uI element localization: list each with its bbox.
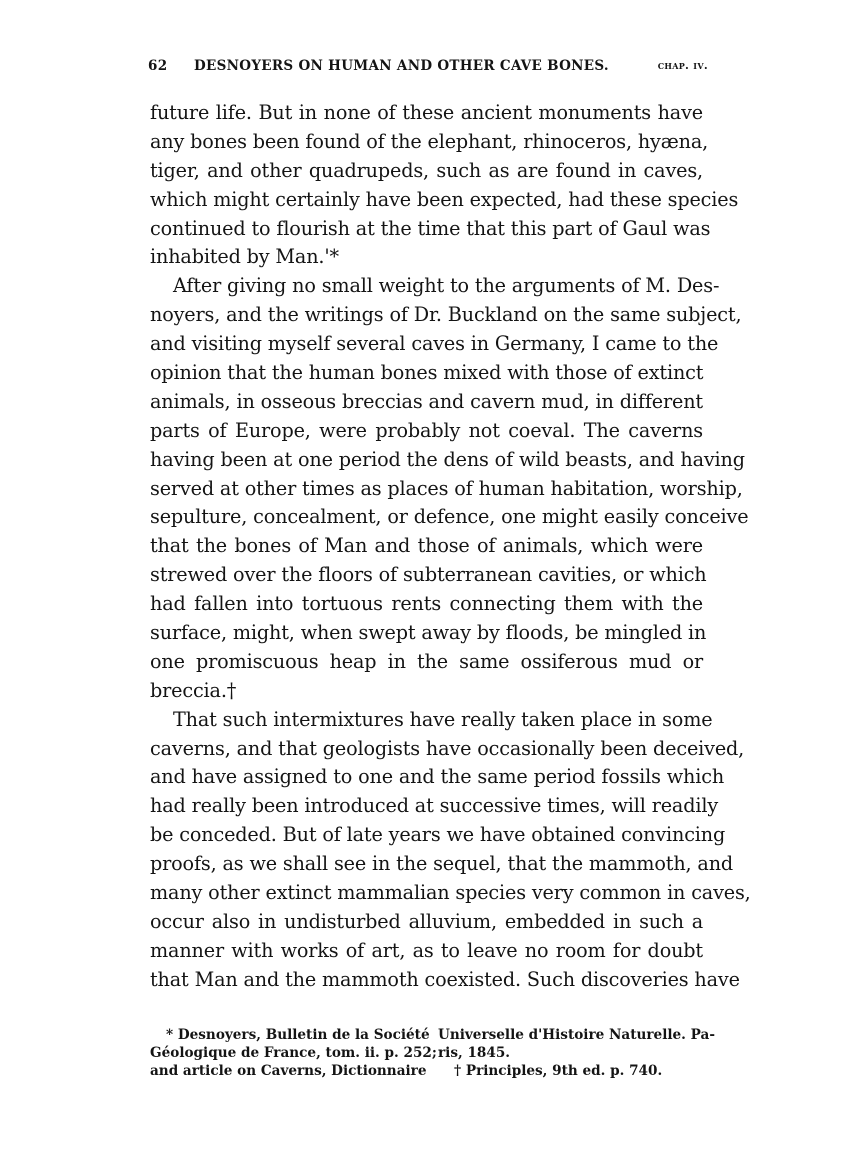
text-line: had fallen into tortuous rents connectin…: [150, 590, 703, 619]
book-page: 62 DESNOYERS ON HUMAN AND OTHER CAVE BON…: [0, 0, 850, 1150]
footnote-column-left: * Desnoyers, Bulletin de la Société Géol…: [150, 1026, 418, 1080]
footnote-line: Universelle d'Histoire Naturelle. Pa-: [438, 1026, 710, 1044]
chapter-label: chap. iv.: [658, 59, 708, 72]
text-line: had really been introduced at successive…: [150, 792, 703, 821]
text-line: parts of Europe, were probably not coeva…: [150, 417, 703, 446]
text-line: any bones been found of the elephant, rh…: [150, 128, 703, 157]
text-line: noyers, and the writings of Dr. Buckland…: [150, 301, 703, 330]
running-title: DESNOYERS ON HUMAN AND OTHER CAVE BONES.: [194, 58, 609, 74]
footnotes: * Desnoyers, Bulletin de la Société Géol…: [150, 1026, 710, 1096]
text-line: manner with works of art, as to leave no…: [150, 937, 703, 966]
text-line: surface, might, when swept away by flood…: [150, 619, 703, 648]
body-text: future life. But in none of these ancien…: [150, 99, 703, 995]
paragraph-start: That such intermixtures have really take…: [150, 706, 703, 735]
footnote-line: † Principles, 9th ed. p. 740.: [438, 1062, 710, 1080]
text-line: and visiting myself several caves in Ger…: [150, 330, 703, 359]
footnote-line: ris, 1845.: [438, 1044, 710, 1062]
text-line: occur also in undisturbed alluvium, embe…: [150, 908, 703, 937]
text-line: and have assigned to one and the same pe…: [150, 763, 703, 792]
text-line: that the bones of Man and those of anima…: [150, 532, 703, 561]
footnote-line: * Desnoyers, Bulletin de la Société: [150, 1026, 418, 1044]
text-line: breccia.†: [150, 677, 703, 706]
text-line: caverns, and that geologists have occasi…: [150, 735, 703, 764]
text-line: continued to flourish at the time that t…: [150, 215, 703, 244]
footnote-column-right: Universelle d'Histoire Naturelle. Pa- ri…: [438, 1026, 710, 1080]
running-header: 62 DESNOYERS ON HUMAN AND OTHER CAVE BON…: [148, 58, 708, 80]
text-line: opinion that the human bones mixed with …: [150, 359, 703, 388]
text-line: be conceded. But of late years we have o…: [150, 821, 703, 850]
footnote-line: Géologique de France, tom. ii. p. 252;: [150, 1044, 418, 1062]
text-line: having been at one period the dens of wi…: [150, 446, 703, 475]
text-line: proofs, as we shall see in the sequel, t…: [150, 850, 703, 879]
text-line: future life. But in none of these ancien…: [150, 99, 703, 128]
text-line: inhabited by Man.'*: [150, 243, 703, 272]
text-line: which might certainly have been expected…: [150, 186, 703, 215]
text-line: sepulture, concealment, or defence, one …: [150, 503, 703, 532]
text-line: tiger, and other quadrupeds, such as are…: [150, 157, 703, 186]
footnote-line: and article on Caverns, Dictionnaire: [150, 1062, 418, 1080]
paragraph-start: After giving no small weight to the argu…: [150, 272, 703, 301]
text-line: that Man and the mammoth coexisted. Such…: [150, 966, 703, 995]
text-line: served at other times as places of human…: [150, 475, 703, 504]
text-line: many other extinct mammalian species ver…: [150, 879, 703, 908]
text-line: animals, in osseous breccias and cavern …: [150, 388, 703, 417]
text-line: one promiscuous heap in the same ossifer…: [150, 648, 703, 677]
text-line: strewed over the floors of subterranean …: [150, 561, 703, 590]
page-number: 62: [148, 58, 167, 74]
